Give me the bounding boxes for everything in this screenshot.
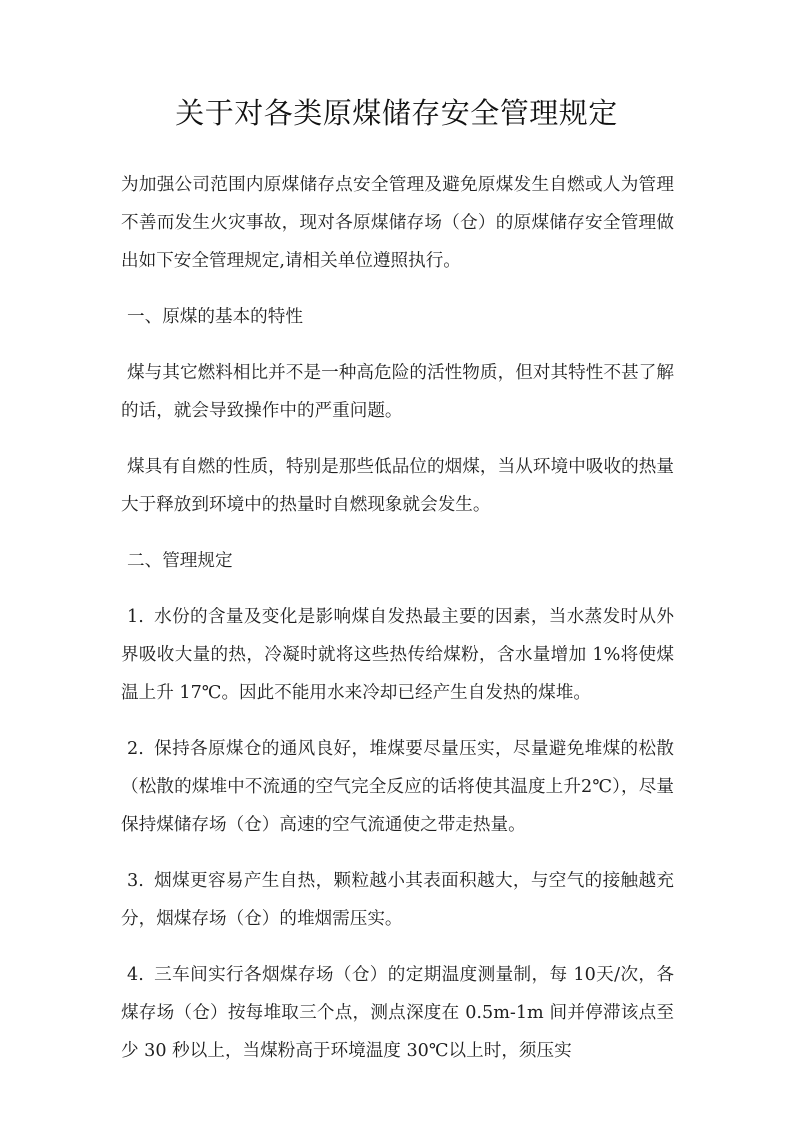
item-number: 2. [127,739,144,759]
item-text: 保持各原煤仓的通风良好，堆煤要尽量压实，尽量避免堆煤的松散（松散的煤堆中不流通的… [121,739,674,835]
paragraph-spontaneous-combustion: 煤具有自燃的性质，特别是那些低品位的烟煤，当从环境中吸收的热量大于释放到环境中的… [121,448,674,524]
item-number: 4. [127,965,144,985]
document-body: 为加强公司范围内原煤储存点安全管理及避免原煤发生自燃或人为管理不善而发生火灾事故… [121,166,674,1088]
item-text: 三车间实行各烟煤存场（仓）的定期温度测量制，每 10天/次，各煤存场（仓）按每堆… [121,965,674,1061]
document-title: 关于对各类原煤储存安全管理规定 [0,93,793,133]
regulation-item-4: 4.三车间实行各烟煤存场（仓）的定期温度测量制，每 10天/次，各煤存场（仓）按… [121,956,674,1070]
regulation-item-1: 1.水份的含量及变化是影响煤自发热最主要的因素，当水蒸发时从外界吸收大量的热，冷… [121,598,674,712]
regulation-item-3: 3.烟煤更容易产生自热，颗粒越小其表面积越大，与空气的接触越充分，烟煤存场（仓）… [121,862,674,938]
item-number: 1. [127,607,144,627]
document-page: 关于对各类原煤储存安全管理规定 为加强公司范围内原煤储存点安全管理及避免原煤发生… [0,0,793,1122]
section-heading-characteristics: 一、原煤的基本的特性 [121,298,674,336]
paragraph-coal-hazard: 煤与其它燃料相比并不是一种高危险的活性物质，但对其特性不甚了解的话，就会导致操作… [121,354,674,430]
item-text: 烟煤更容易产生自热，颗粒越小其表面积越大，与空气的接触越充分，烟煤存场（仓）的堆… [121,871,674,929]
item-text: 水份的含量及变化是影响煤自发热最主要的因素，当水蒸发时从外界吸收大量的热，冷凝时… [121,607,674,703]
item-number: 3. [127,871,144,891]
regulation-item-2: 2.保持各原煤仓的通风良好，堆煤要尽量压实，尽量避免堆煤的松散（松散的煤堆中不流… [121,730,674,844]
intro-paragraph: 为加强公司范围内原煤储存点安全管理及避免原煤发生自燃或人为管理不善而发生火灾事故… [121,166,674,280]
section-heading-regulations: 二、管理规定 [121,542,674,580]
